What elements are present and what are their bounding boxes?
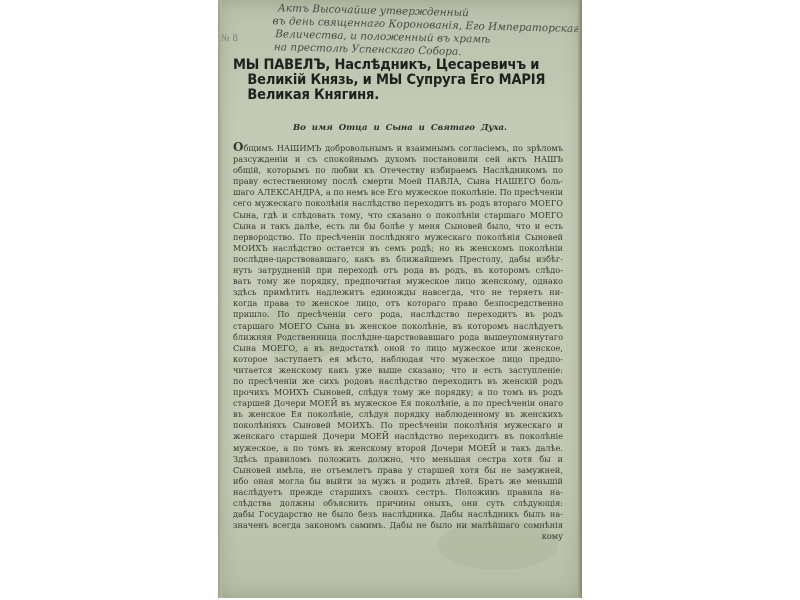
body-line: праву естественному послѣ смерти Моей ПА… [233,176,563,187]
body-line: сего мужескаго поколѣнія наслѣдство пере… [233,198,563,209]
body-line: Общимъ НАШИМЪ добровольнымъ и взаимнымъ … [233,142,563,154]
body-line: Сына МОЕГО, а въ недостаткѣ оной то лицо… [233,343,563,354]
title-line: Великая Княгиня. [233,88,544,103]
body-line: женскаго старшей Дочери МОЕЙ наслѣдство … [233,431,563,442]
document-body: Общимъ НАШИМЪ добровольнымъ и взаимнымъ … [233,142,563,542]
body-line: мужеское, а по томъ въ женскому второй Д… [233,443,563,454]
body-line: прочихъ МОИХЪ Сыновей, слѣдуя тому же по… [233,387,563,398]
body-line: слѣдства должны объяснить причины оныхъ,… [233,498,563,509]
body-line: Сыновей имѣла, не отъемлетъ права у стар… [233,465,563,476]
body-line: значенъ всегда закономъ самимъ. Дабы не … [233,520,563,531]
body-line: ближняя Родственница послѣдне-царствовав… [233,332,563,343]
body-line: Сына и такъ далѣе, есть ли бы болѣе у ме… [233,221,563,232]
body-line: поколѣніяхъ Сыновей МОИХЪ. По пресѣченіи… [233,420,563,431]
body-line: первородство. По пресѣченіи послѣдняго м… [233,232,563,243]
title-line: Великій Князь, и МЫ Супруга Его МАРІЯ [233,73,544,88]
body-line: старшаго МОЕГО Сына въ женское поколѣніе… [233,321,563,332]
document-page: № 8 Актъ Высочайше утвержденный въ день … [218,0,582,598]
margin-number: № 8 [221,34,238,44]
body-line: въ женское Ея поколѣніе, слѣдуя порядку … [233,409,563,420]
body-line: читается женскому какъ уже выше сказано;… [233,365,563,376]
body-line: общій, которымъ по любви къ Отечеству из… [233,165,563,176]
body-line: здѣсь примѣтить надлежитъ единожды навсе… [233,287,563,298]
body-line: шаго АЛЕКСАНДРА, а по немъ все Его мужес… [233,187,563,198]
body-line: послѣдне-царствовавшаго, какъ въ ближайш… [233,254,563,265]
body-line: Сына, гдѣ и слѣдовать тому, что сказано … [233,210,563,221]
body-line: когда права то женское лицо, отъ котораг… [233,298,563,309]
body-line: разсужденіи и съ спокойнымъ духомъ поста… [233,154,563,165]
body-line: вать тому же порядку, предпочитая мужеск… [233,276,563,287]
title-line: МЫ ПАВЕЛЪ, Наслѣдникъ, Цесаревичъ и [233,58,544,73]
body-line: дабы Государство не было безъ наслѣдника… [233,509,563,520]
invocation: Во имя Отца и Сына и Святаго Духа. [218,123,582,133]
body-line: МОИХЪ наслѣдство остается въ семъ родѣ; … [233,243,563,254]
handwritten-note: Актъ Высочайше утвержденный въ день свящ… [269,2,575,62]
document-title: МЫ ПАВЕЛЪ, Наслѣдникъ, Цесаревичъ и Вели… [233,58,544,103]
body-line: которое заступаетъ ея мѣсто, наблюдая чт… [233,354,563,365]
body-line: наслѣдуетъ прежде старшихъ своихъ сестръ… [233,487,563,498]
body-line: Здѣсь правиломъ положить должно, что мен… [233,454,563,465]
body-line: по пресѣченіи же сихъ родовъ наслѣдство … [233,376,563,387]
body-line: пришло. По пресѣченіи сего рода, наслѣдс… [233,309,563,320]
body-line: нуть затрудненій при переходѣ отъ рода в… [233,265,563,276]
body-line: кому [233,531,563,542]
body-line: ибо оная могла бы выйти за мужъ и родить… [233,476,563,487]
body-line: старшей Дочери МОЕЙ въ мужеское Ея покол… [233,398,563,409]
